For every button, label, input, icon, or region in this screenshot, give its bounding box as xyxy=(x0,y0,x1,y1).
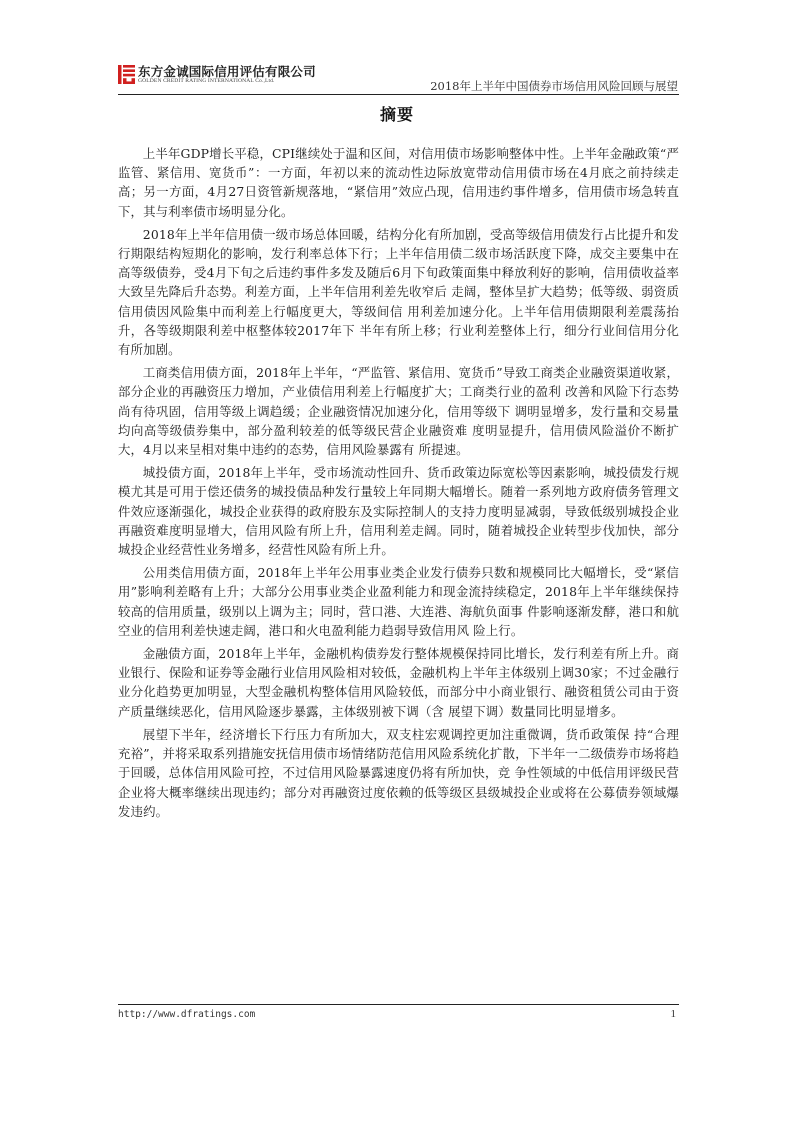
company-logo: 东方金诚国际信用评估有限公司 GOLDEN CREDIT RATING INTE… xyxy=(118,65,316,85)
header-divider xyxy=(118,94,679,95)
company-name-cn: 东方金诚国际信用评估有限公司 xyxy=(138,65,316,78)
footer-website-link[interactable]: http://www.dfratings.com xyxy=(118,1009,255,1020)
paragraph-credit-market: 2018年上半年信用债一级市场总体回暖，结构分化有所加剧，受高等级信用债发行占比… xyxy=(118,225,679,359)
paragraph-urban-investment-bonds: 城投债方面，2018年上半年，受市场流动性回升、货币政策边际宽松等因素影响，城投… xyxy=(118,463,679,559)
company-logo-icon xyxy=(118,65,135,84)
page-number: 1 xyxy=(671,1008,677,1020)
page-title: 摘要 xyxy=(0,102,794,125)
paragraph-overview: 上半年GDP增长平稳，CPI继续处于温和区间，对信用债市场影响整体中性。上半年金… xyxy=(118,144,679,221)
summary-body: 上半年GDP增长平稳，CPI继续处于温和区间，对信用债市场影响整体中性。上半年金… xyxy=(118,144,679,825)
report-title: 2018年上半年中国债券市场信用风险回顾与展望 xyxy=(430,78,678,94)
footer-divider xyxy=(118,1004,679,1005)
paragraph-utility-bonds: 公用类信用债方面，2018年上半年公用事业类企业发行债券只数和规模同比大幅增长，… xyxy=(118,563,679,640)
company-name-en: GOLDEN CREDIT RATING INTERNATIONAL Co.,L… xyxy=(138,78,316,85)
paragraph-financial-bonds: 金融债方面，2018年上半年，金融机构债券发行整体规模保持同比增长，发行利差有所… xyxy=(118,644,679,721)
paragraph-industrial-bonds: 工商类信用债方面，2018年上半年，“严监管、紧信用、宽货币”导致工商类企业融资… xyxy=(118,363,679,459)
page-header: 东方金诚国际信用评估有限公司 GOLDEN CREDIT RATING INTE… xyxy=(118,63,678,93)
paragraph-outlook: 展望下半年，经济增长下行压力有所加大，双支柱宏观调控更加注重微调，货币政策保 持… xyxy=(118,725,679,821)
